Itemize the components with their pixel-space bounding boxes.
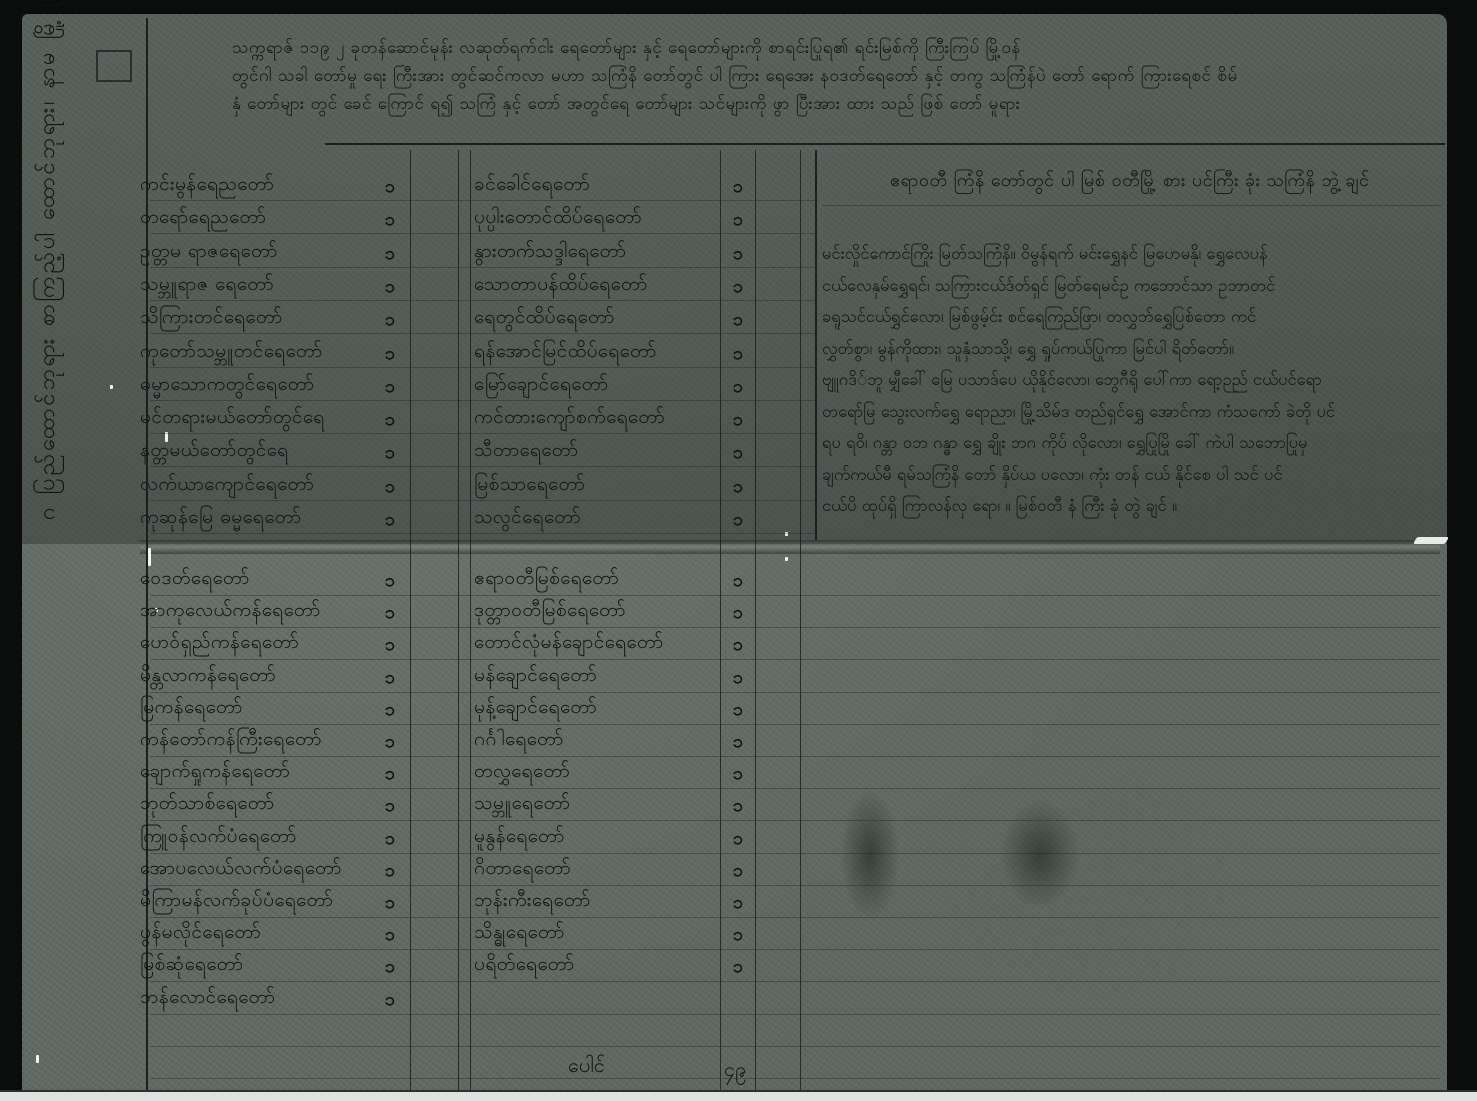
table-row-name: မူနွန်ရေတော် [474,824,714,852]
ruling-line [150,267,815,268]
table-row-count: ၁ [385,374,395,401]
table-row-count: ၁ [733,440,743,467]
table-row-count: ၁ [733,600,743,627]
table-row-count: ၁ [733,858,743,885]
ink-smudge [840,790,900,920]
table-row-name: ဓမ္မာသောကတွင်ရေတော် [140,372,388,400]
table-row-count: ၁ [733,697,743,724]
table-row-name: ပုပ္ပါးတောင်ထိပ်ရေတော် [474,205,714,233]
table-row-count: ၁ [385,858,395,885]
table-row-name: ရေတွင်ထိပ်ရေတော် [474,305,714,333]
table-row-name: တလွှရေတော် [474,759,714,787]
fold-tear-mark [1413,537,1449,544]
table-row-name: မိကြာမန်လက်ခုပ်ပံရေတော် [140,888,388,916]
table-row-count: ၁ [385,697,395,724]
table-row-name: ကန်တော်ကန်ကြီးရေတော် [140,727,388,755]
ruling-line [150,885,1440,886]
ruling-line [150,853,1440,854]
ruling-line [150,627,1440,628]
table-row-count: ၁ [385,922,395,949]
table-row-name: ဝေဒတ်ရေတော် [140,566,388,594]
table-row-name: သောတာပန်ထိပ်ရေတော် [474,272,714,300]
table-row-count: ၁ [733,207,743,234]
table-row-name: ဘုန်းကီးရေတော် [474,888,714,916]
table-row-count: ၁ [385,440,395,467]
table-row-count: ၁ [385,632,395,659]
table-row-name: သမ္ဘူရာဇ ရေတော် [140,272,388,300]
table-row-count: ၁ [385,341,395,368]
table-row-count: ၁ [733,307,743,334]
table-row-count: ၁ [385,274,395,301]
table-row-name: သိန္ဓုရေတော် [474,920,714,948]
table-row-name: မန်ချောင်ရေတော် [474,663,714,691]
notes-title: ဧရာဝတီ ကြံနိ တော်တွင် ပါ မြစ် ဝတီမြို့ စ… [890,168,1370,195]
notes-line: ဗျူဂဒိ်ဘူ မျှီခေါ် မြေ ပသာဒ်ပေ ယိုနိုင်လ… [822,364,1432,396]
table-row-name: မိန္တလာကန်ရေတော် [140,663,388,691]
table-row-name: မြစ်ဆုံရေတော် [140,952,388,980]
table-row-count: ၁ [733,274,743,301]
ruling-line [150,1046,1440,1047]
table-row-count: ၁ [733,341,743,368]
table-row-count: ၁ [733,507,743,534]
table-row-name: ဂိတာရေတော် [474,856,714,884]
table-row-name: မြကန်ရေတော် [140,695,388,723]
table-row-name: အာကုလေယ်ကန်ရေတော် [140,598,388,626]
table-row-count: ၁ [385,665,395,692]
notes-line: ရပ ရဝိ၊ ဂန္တာ ဝဘ ဂန္ဓာ ရွှေ ချိုး ဘဂ ကို… [822,427,1432,459]
ruling-line [150,433,815,434]
table-row-name: ပရိတ်ရေတော် [474,952,714,980]
notes-line: လွှတ်စွာ၊ မွန်ကိုထား၊ သူနှံသာသို့၊ ရွှေ … [822,333,1432,365]
table-row-count: ၁ [385,568,395,595]
ruling-line [150,595,1440,596]
table-row-name: ကြူဝန်လက်ပံရေတော် [140,824,388,852]
table-row-name: မင်တရားမယ်တော်တွင်ရေ [140,405,388,433]
table-row-count: ၁ [733,241,743,268]
corner-box-mark [96,50,132,82]
ruling-line [150,724,1440,725]
table-row-count: ၁ [733,761,743,788]
table-row-name: သလွင်ရေတော် [474,505,714,533]
table-row-name: တောင်လုံမန်ချောင်ရေတော် [474,630,714,658]
ruling-line [150,300,815,301]
table-row-count: ၁ [733,826,743,853]
notes-line: ချက်ကယ်မီ ရမ်သကြံနိ တော် နှိပ်ယ ပလော၊ ကု… [822,459,1432,491]
page-fold-crease [140,540,1440,554]
notes-panel-rule [815,150,817,540]
ruling-line [150,659,1440,660]
paper-speck [785,557,788,561]
table-row-count: ၁ [733,568,743,595]
table-row-count: ၁ [733,729,743,756]
table-row-count: ၁ [385,826,395,853]
ruling-line [150,400,815,401]
table-row-name: ခင်ခေါင်ရေတော် [474,172,714,200]
table-row-count: ၁ [733,793,743,820]
ruling-line [150,692,1440,693]
table-row-name: ဂင်္ဂါရေတော် [474,727,714,755]
ruling-line [150,949,1440,950]
paper-speck [110,385,113,389]
ruling-line [150,367,815,368]
table-row-count: ၁ [385,954,395,981]
table-row-name: ကုဆုန်မြေ ဓမ္မရေတော် [140,505,388,533]
ruling-line [150,756,1440,757]
table-row-count: ၁ [733,474,743,501]
ruling-line [150,500,815,501]
ink-smudge [1000,800,1080,910]
notes-line: တရော်မြ သွေးလက်ရွှေ ရောညာ၊ မြို့သိမ်ဒ တည… [822,396,1432,428]
table-row-count: ၁ [733,407,743,434]
notes-line: မင်းလှိုင်ကောင်ကြိုး မြတ်သကြံနိ။ ဝိမွန်ရ… [822,238,1432,270]
table-row-name: ကင်တားကျော်စက်ရေတော် [474,405,714,433]
table-row-name: သိကြားတင်ရေတော် [140,305,388,333]
table-row-name: ပွန်မလိုင်ရေတော် [140,920,388,948]
table-row-count: ၁ [385,507,395,534]
paper-speck [148,548,151,566]
table-row-name: ရန်အောင်မြင်ထိပ်ရေတော် [474,339,714,367]
table-row-name: ဘန်လောင်ရေတော် [140,985,388,1013]
table-row-count: ၁ [385,174,395,201]
table-row-count: ၁ [385,890,395,917]
table-row-name: လက်ယာကျောင်ရေတော် [140,472,388,500]
table-row-count: ၁ [385,729,395,756]
document-header: သက္ကရာဇ် ၁၁၉ ၂ ခုတန်ဆောင်မုန်း လဆုတ်ရက်င… [232,34,1442,118]
table-row-count: ၁ [385,474,395,501]
table-row-count: ၁ [385,761,395,788]
table-row-count: ၁ [385,207,395,234]
table-row-name: သီတာရေတော် [474,438,714,466]
table-row-name: တရော်ရေညတော် [140,205,388,233]
table-row-name: ဒုတ္တာဝတီမြစ်ရေတော် [474,598,714,626]
photo-frame-bottom [0,1090,1477,1101]
table-row-name: ကင်းမွန်ရေညတော် [140,172,388,200]
table-row-count: ၁ [385,600,395,627]
notes-body: မင်းလှိုင်ကောင်ကြိုး မြတ်သကြံနိ။ ဝိမွန်ရ… [822,238,1432,522]
table-row-count: ၁ [733,954,743,981]
paper-speck [36,1055,39,1063]
table-row-count: ၁ [385,241,395,268]
header-line: တွင်ဂါ သခါ တော်မှု ရေး ကြီးအား တွင်ဆင်ကလ… [232,62,1442,90]
table-row-name: ဥတ္တမ ရာဇရေတော် [140,239,388,267]
table-row-name: နွားတက်သဒ္ဒါရေတော် [474,239,714,267]
table-row-count: ၁ [733,632,743,659]
table-row-name: အောပလေယ်လက်ပံရေတော် [140,856,388,884]
notes-line: ငယ်ပိ ထုပ်ရှိ ကြာလန်လှ ရော၊ ။ မြစ်ဝတီ နံ… [822,490,1432,522]
table-row-name: ဟေဝ်ရှည်ကန်ရေတော် [140,630,388,658]
notes-line: ခရူသင်ငယ်ရွှင်လော၊ မြစ်ဖွမ့်င်း စင်ရေကြည… [822,301,1432,333]
table-row-name: မြော်ချောင်ရေတော် [474,372,714,400]
table-row-name: မုန့်ချောင်ရေတော် [474,695,714,723]
ruling-line [150,981,1440,982]
table-row-count: ၁ [733,890,743,917]
header-rule [325,143,1445,145]
ruling-line [150,533,815,534]
table-row-count: ၁ [385,987,395,1014]
table-row-name: ချောက်ရှုကန်ရေတော် [140,759,388,787]
table-row-name: မြစ်သာရေတော် [474,472,714,500]
table-row-count: ၁ [385,307,395,334]
table-row-count: ၁ [733,922,743,949]
page-number: ၄၉ [724,1056,747,1086]
table-row-name: နတ္တမယ်တော်တွင်ရေ [140,438,388,466]
notes-line: ငယ်လေနှမ်ရွှေရင်၊ သကြားငယ်ဒ်တ်ရှင် မြတ်ရ… [822,270,1432,302]
table-row-name: သမ္ဘူရေတော် [474,791,714,819]
ruling-line [150,200,815,201]
header-line: နှံ တော်များ တွင် ခေင် ကြောင် ရ၍ သကြံ နှ… [232,90,1442,118]
header-line: သက္ကရာဇ် ၁၁၉ ၂ ခုတန်ဆောင်မုန်း လဆုတ်ရက်င… [232,34,1442,62]
table-row-name: ဘုတ်သာစ်ရေတော် [140,791,388,819]
ruling-line [150,788,1440,789]
table-row-count: ၁ [385,407,395,434]
ruling-line [150,820,1440,821]
margin-note: ဂ ပြည်ထောင်ဘုရား စာကြည့်ပါ ထောင်ဘုရား၊ န… [32,0,65,520]
notes-title-rule [822,205,1442,206]
table-row-name: ကုတော်သမ္ဘူတင်ရေတော် [140,339,388,367]
ruling-line [150,917,1440,918]
table-row-name: ဧရာဝတီမြစ်ရေတော် [474,566,714,594]
table-row-count: ၁ [733,174,743,201]
table-row-count: ၁ [733,665,743,692]
table-row-count: ၁ [385,793,395,820]
table-row-count: ၁ [733,374,743,401]
middle-footer-word: ပေါင် [568,1052,605,1082]
ruling-line [150,1078,1440,1079]
ruling-line [150,1014,1440,1015]
